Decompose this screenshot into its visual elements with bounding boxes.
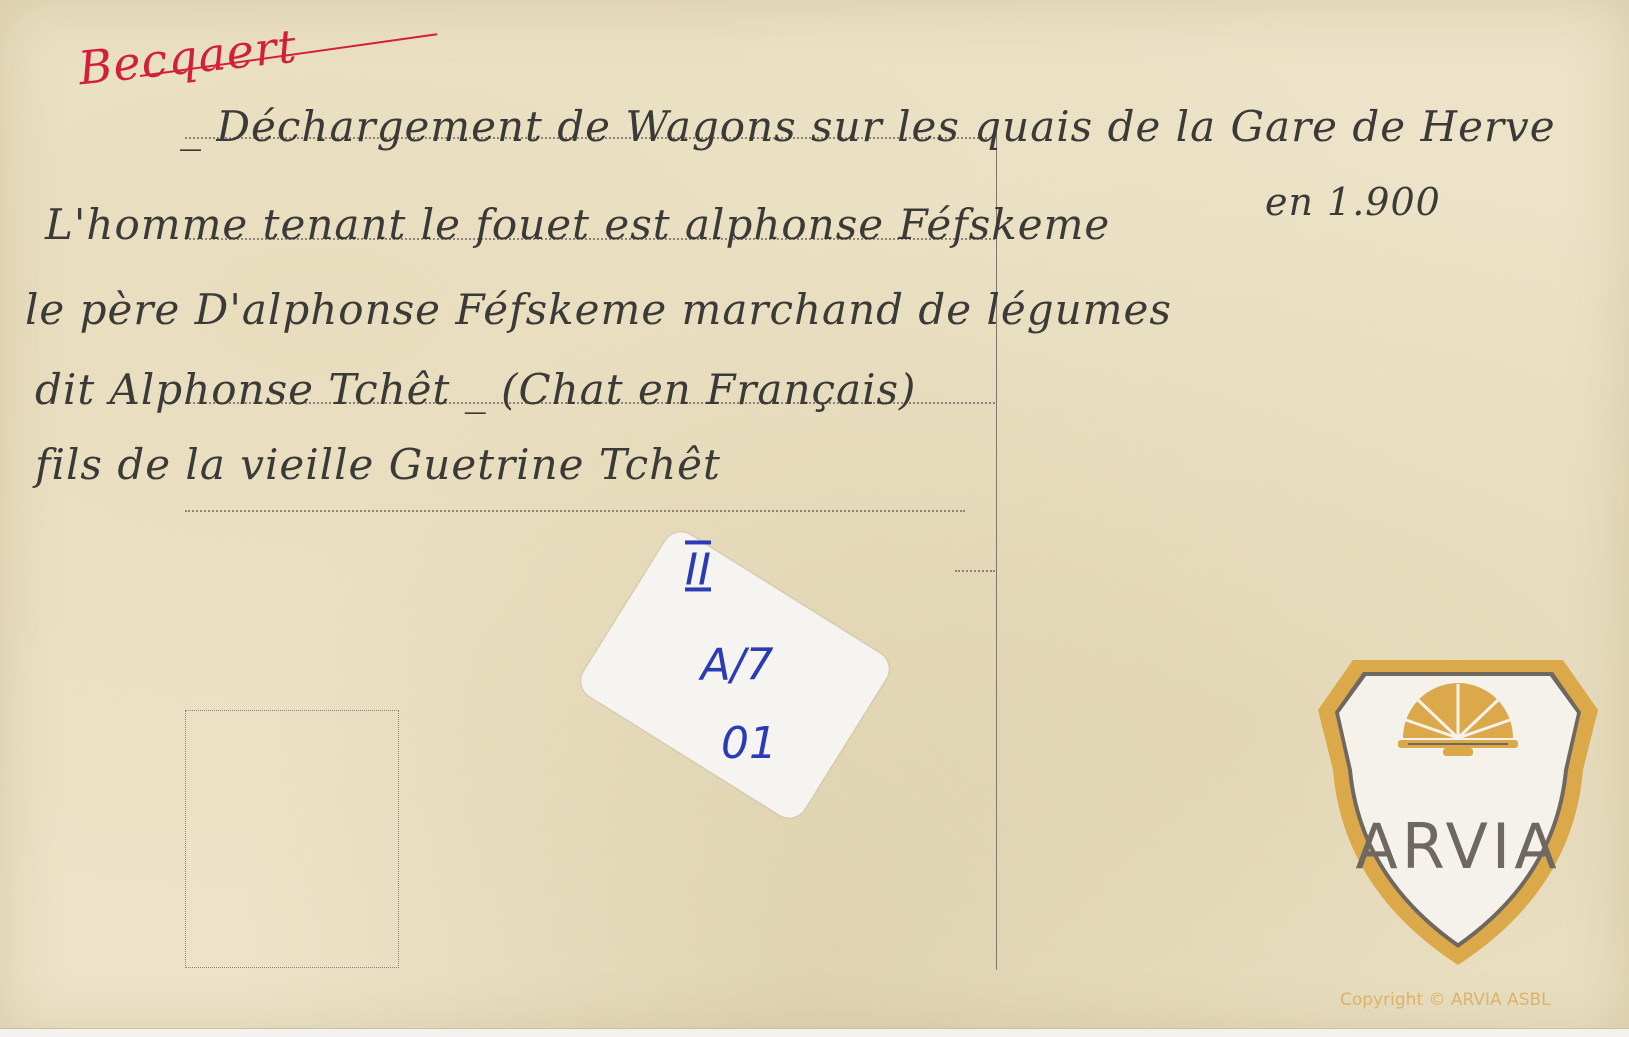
sticker-line-2: A/7 xyxy=(701,640,774,691)
handwritten-line-6: fils de la vieille Guetrine Tchêt xyxy=(35,440,721,489)
postcard-back: Becqaert _ Déchargement de Wagons sur le… xyxy=(0,0,1629,1037)
center-divider xyxy=(996,130,997,970)
handwritten-line-2: en 1.900 xyxy=(1265,180,1441,224)
sticker-line-1: II xyxy=(685,544,711,595)
handwritten-line-3: L'homme tenant le fouet est alphonse Féf… xyxy=(45,200,1110,249)
archive-sticker: II A/7 01 xyxy=(574,526,895,825)
scan-edge xyxy=(0,1028,1629,1037)
sticker-line-3: 01 xyxy=(721,718,777,769)
address-line-5 xyxy=(955,570,995,572)
handwritten-line-1: _ Déchargement de Wagons sur les quais d… xyxy=(180,102,1556,151)
handwritten-line-5: dit Alphonse Tchêt _ (Chat en Français) xyxy=(35,365,916,414)
handwritten-line-4: le père D'alphonse Féfskeme marchand de … xyxy=(25,285,1172,334)
arvia-logo: ARVIA xyxy=(1313,650,1603,970)
logo-text: ARVIA xyxy=(1313,810,1603,883)
stamp-placeholder-box xyxy=(185,710,399,968)
address-line-4 xyxy=(185,510,965,512)
copyright-text: Copyright © ARVIA ASBL xyxy=(1340,990,1551,1010)
